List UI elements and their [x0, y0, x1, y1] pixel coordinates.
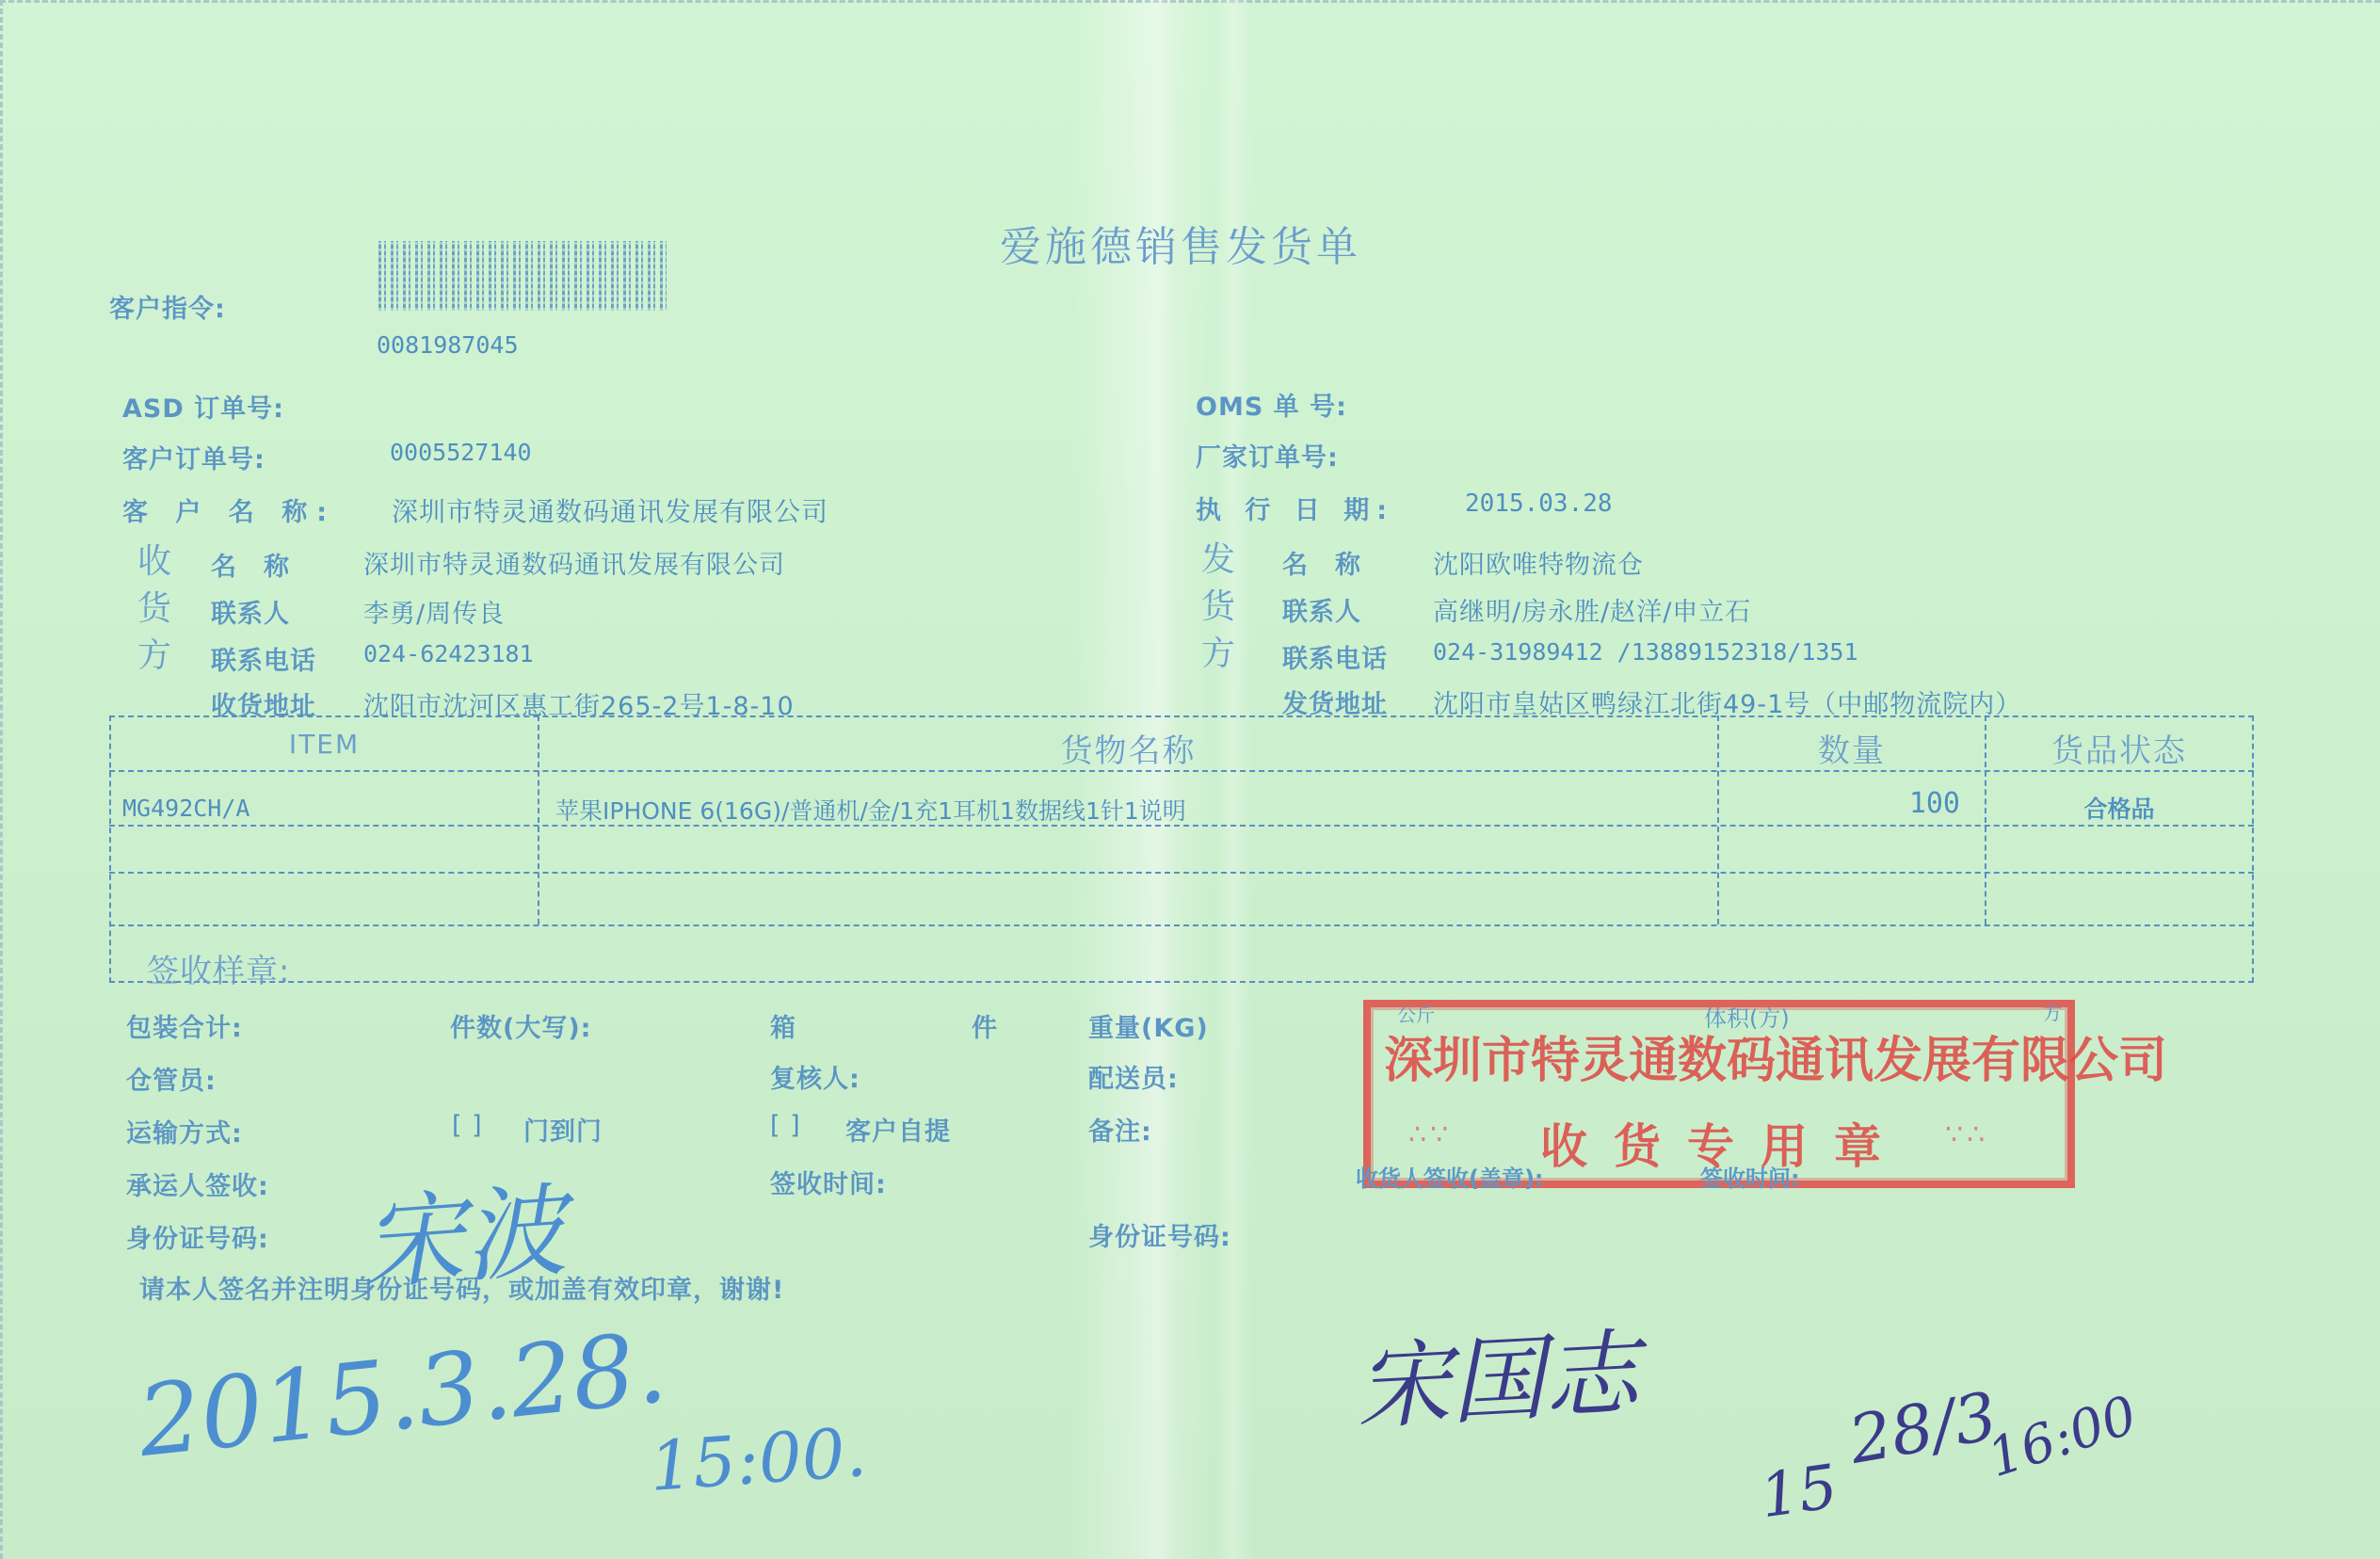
table-divider — [109, 924, 2254, 926]
shipper-contact-label: 联系人 — [1282, 591, 1361, 628]
perforation-left — [0, 0, 6, 1559]
consignee-side-3: 方 — [137, 629, 172, 677]
shipper-phone-value: 024-31989412 /13889152318/1351 — [1433, 638, 1858, 666]
column-header-status: 货品状态 — [1986, 725, 2252, 771]
id-number-label-left: 身份证号码: — [126, 1218, 269, 1255]
shipper-contact-value: 高继明/房永胜/赵洋/申立石 — [1433, 591, 1751, 628]
handwritten-date-right-day: 15 — [1756, 1453, 1841, 1533]
door-to-door-label: 门到门 — [523, 1111, 603, 1148]
shipper-side-2: 货 — [1201, 580, 1236, 628]
handwritten-time-left: 15:00. — [647, 1412, 869, 1506]
weight-label: 重量(KG) — [1088, 1007, 1209, 1044]
cell-status: 合格品 — [1986, 791, 2252, 825]
transport-mode-label: 运输方式: — [126, 1113, 243, 1149]
consignee-contact-value: 李勇/周传良 — [363, 593, 505, 630]
stamp-decoration: ∴∵ — [1408, 1118, 1452, 1151]
shipper-side-3: 方 — [1201, 627, 1236, 675]
customer-instruction-label: 客户指令: — [109, 288, 226, 325]
oms-no-label: OMS 单 号: — [1196, 386, 1347, 423]
execution-date-value: 2015.03.28 — [1465, 490, 1613, 518]
customer-order-label: 客户订单号: — [122, 439, 265, 475]
warehouse-keeper-label: 仓管员: — [126, 1060, 217, 1097]
consignee-contact-label: 联系人 — [211, 593, 290, 630]
package-total-label: 包装合计: — [126, 1007, 243, 1044]
self-pickup-checkbox[interactable]: [ ] — [770, 1111, 801, 1140]
carrier-sign-label: 承运人签收: — [126, 1165, 269, 1202]
consignee-phone-value: 024-62423181 — [363, 640, 534, 667]
customer-order-value: 0005527140 — [390, 439, 532, 466]
cell-quantity: 100 — [1719, 787, 1960, 820]
piece-count-label: 件数(大写): — [450, 1007, 591, 1044]
box-label: 箱 — [770, 1007, 796, 1044]
barcode-icon — [378, 241, 667, 311]
consignee-name-value: 深圳市特灵通数码通讯发展有限公司 — [363, 544, 785, 581]
handwritten-date-left: 2015.3.28. — [133, 1310, 671, 1479]
receiver-signature: 宋国志 — [1352, 1297, 1641, 1448]
shipper-side-1: 发 — [1201, 533, 1236, 581]
asd-order-label: ASD 订单号: — [122, 388, 284, 425]
door-to-door-checkbox[interactable]: [ ] — [452, 1111, 483, 1140]
consignee-side-1: 收 — [137, 535, 172, 583]
consignee-sign-time-label: 签收时间: — [1700, 1160, 1800, 1193]
column-header-item: ITEM — [111, 729, 538, 760]
id-number-label-right: 身份证号码: — [1088, 1216, 1231, 1253]
reviewer-label: 复核人: — [770, 1058, 860, 1095]
consignee-sign-label: 收货人签收(盖章): — [1356, 1160, 1544, 1193]
stamp-decoration: ∵∴ — [1945, 1118, 1988, 1151]
volume-label: 体积(方) — [1704, 1000, 1790, 1033]
perforation-top — [0, 0, 2380, 6]
column-header-quantity: 数量 — [1719, 725, 1985, 771]
kg-unit-label: 公斤 — [1397, 1000, 1435, 1027]
piece-label: 件 — [972, 1007, 998, 1044]
consignee-phone-label: 联系电话 — [211, 640, 316, 677]
consignee-name-label: 名 称 — [211, 546, 290, 583]
consignee-side-2: 货 — [137, 582, 172, 630]
volume-unit-label: 方 — [2043, 998, 2062, 1025]
column-header-goods-name: 货物名称 — [539, 725, 1717, 771]
self-pickup-label: 客户自提 — [845, 1111, 951, 1148]
handwritten-date-right-fraction: 28/3 — [1843, 1377, 2002, 1479]
sign-time-label: 签收时间: — [770, 1164, 887, 1200]
customer-instruction-value: 0081987045 — [377, 331, 519, 359]
cell-goods-name: 苹果IPHONE 6(16G)/普通机/金/1充1耳机1数据线1针1说明 — [555, 793, 1186, 827]
shipper-name-value: 沈阳欧唯特物流仓 — [1433, 544, 1644, 581]
handwritten-time-right: 16:00 — [1981, 1385, 2145, 1490]
dispatcher-label: 配送员: — [1088, 1058, 1179, 1095]
shipper-name-label: 名 称 — [1282, 544, 1361, 581]
remark-label: 备注: — [1088, 1111, 1152, 1148]
customer-name-label: 客 户 名 称: — [122, 491, 336, 528]
sign-stamp-label: 签收样章: — [147, 945, 290, 991]
carrier-signature: 宋波 — [357, 1149, 570, 1310]
execution-date-label: 执 行 日 期: — [1196, 490, 1394, 526]
cell-item: MG492CH/A — [122, 795, 249, 822]
customer-name-value: 深圳市特灵通数码通讯发展有限公司 — [392, 491, 828, 529]
factory-order-label: 厂家订单号: — [1196, 437, 1339, 474]
document-title: 爱施德销售发货单 — [1000, 213, 1361, 273]
shipper-phone-label: 联系电话 — [1282, 638, 1388, 675]
table-divider — [109, 872, 2254, 874]
